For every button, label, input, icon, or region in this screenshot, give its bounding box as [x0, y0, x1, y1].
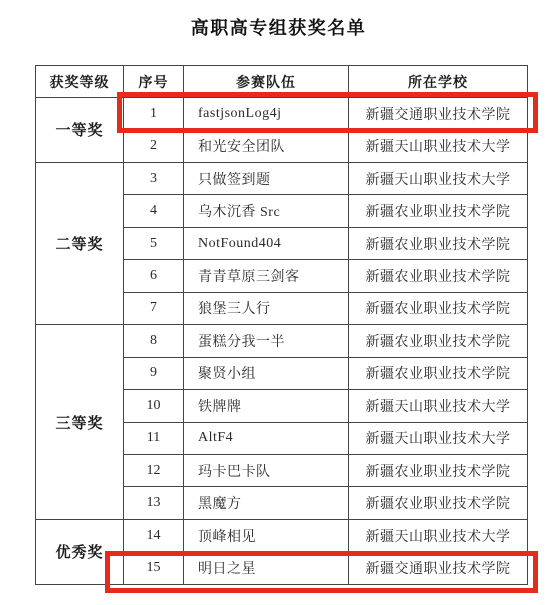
page-title: 高职高专组获奖名单	[0, 14, 557, 40]
school-cell: 新疆农业职业技术学院	[349, 227, 528, 259]
row-number-cell: 8	[124, 325, 184, 357]
team-name-cell: 和光安全团队	[184, 130, 349, 162]
team-name-cell: 乌木沉香 Src	[184, 195, 349, 227]
school-cell: 新疆农业职业技术学院	[349, 487, 528, 519]
team-name-cell: NotFound404	[184, 227, 349, 259]
school-cell: 新疆天山职业技术大学	[349, 519, 528, 551]
team-name-cell: 蛋糕分我一半	[184, 325, 349, 357]
team-name-cell: 黑魔方	[184, 487, 349, 519]
header-row: 获奖等级 序号 参赛队伍 所在学校	[36, 66, 528, 98]
school-cell: 新疆农业职业技术学院	[349, 325, 528, 357]
award-list-page: 高职高专组获奖名单 获奖等级 序号 参赛队伍 所在学校 一等奖1fastjson…	[0, 0, 557, 605]
school-cell: 新疆交通职业技术学院	[349, 98, 528, 130]
row-number-cell: 4	[124, 195, 184, 227]
col-header-award-level: 获奖等级	[36, 66, 124, 98]
row-number-cell: 1	[124, 98, 184, 130]
table-row: 优秀奖14顶峰相见新疆天山职业技术大学	[36, 519, 528, 551]
row-number-cell: 14	[124, 519, 184, 551]
award-level-cell: 优秀奖	[36, 519, 124, 584]
team-name-cell: 顶峰相见	[184, 519, 349, 551]
row-number-cell: 10	[124, 390, 184, 422]
team-name-cell: 聚贤小组	[184, 357, 349, 389]
team-name-cell: 狼堡三人行	[184, 292, 349, 324]
col-header-number: 序号	[124, 66, 184, 98]
school-cell: 新疆农业职业技术学院	[349, 260, 528, 292]
school-cell: 新疆交通职业技术学院	[349, 552, 528, 585]
team-name-cell: fastjsonLog4j	[184, 98, 349, 130]
row-number-cell: 11	[124, 422, 184, 454]
row-number-cell: 15	[124, 552, 184, 585]
award-level-cell: 二等奖	[36, 162, 124, 324]
table-row: 二等奖3只做签到题新疆天山职业技术大学	[36, 162, 528, 194]
table-row: 三等奖8蛋糕分我一半新疆农业职业技术学院	[36, 325, 528, 357]
col-header-school: 所在学校	[349, 66, 528, 98]
row-number-cell: 7	[124, 292, 184, 324]
row-number-cell: 13	[124, 487, 184, 519]
row-number-cell: 5	[124, 227, 184, 259]
team-name-cell: AltF4	[184, 422, 349, 454]
award-table-body: 一等奖1fastjsonLog4j新疆交通职业技术学院2和光安全团队新疆天山职业…	[36, 98, 528, 585]
team-name-cell: 明日之星	[184, 552, 349, 585]
col-header-team: 参赛队伍	[184, 66, 349, 98]
team-name-cell: 只做签到题	[184, 162, 349, 194]
school-cell: 新疆农业职业技术学院	[349, 454, 528, 486]
table-row: 一等奖1fastjsonLog4j新疆交通职业技术学院	[36, 98, 528, 130]
team-name-cell: 青青草原三剑客	[184, 260, 349, 292]
team-name-cell: 玛卡巴卡队	[184, 454, 349, 486]
school-cell: 新疆天山职业技术大学	[349, 422, 528, 454]
school-cell: 新疆农业职业技术学院	[349, 357, 528, 389]
school-cell: 新疆天山职业技术大学	[349, 162, 528, 194]
school-cell: 新疆天山职业技术大学	[349, 130, 528, 162]
team-name-cell: 铁牌牌	[184, 390, 349, 422]
row-number-cell: 12	[124, 454, 184, 486]
award-level-cell: 三等奖	[36, 325, 124, 520]
row-number-cell: 9	[124, 357, 184, 389]
row-number-cell: 6	[124, 260, 184, 292]
row-number-cell: 3	[124, 162, 184, 194]
award-level-cell: 一等奖	[36, 98, 124, 163]
school-cell: 新疆天山职业技术大学	[349, 390, 528, 422]
row-number-cell: 2	[124, 130, 184, 162]
award-table: 获奖等级 序号 参赛队伍 所在学校 一等奖1fastjsonLog4j新疆交通职…	[35, 65, 528, 585]
school-cell: 新疆农业职业技术学院	[349, 292, 528, 324]
school-cell: 新疆农业职业技术学院	[349, 195, 528, 227]
